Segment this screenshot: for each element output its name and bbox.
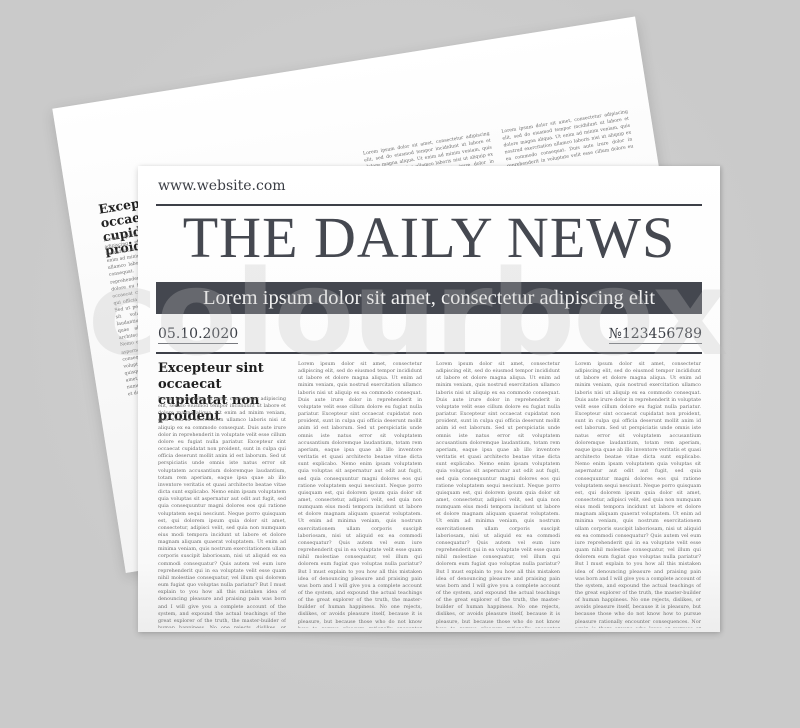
issue-date: 05.10.2020 <box>158 326 238 344</box>
article-column-3: Lorem ipsum dolor sit amet, consectetur … <box>436 361 560 628</box>
banner-tagline: Lorem ipsum dolor sit amet, consectetur … <box>156 282 702 314</box>
masthead-title: THE DAILY NEWS <box>156 208 702 268</box>
website-url: www.website.com <box>158 178 286 194</box>
back-page-column-4: Lorem ipsum dolor sit amet, consectetur … <box>501 109 634 169</box>
section-rule <box>156 352 702 354</box>
article-column-1: Lorem ipsum dolor sit amet, consectetur … <box>158 396 286 628</box>
issue-number: №123456789 <box>609 326 702 344</box>
article-column-2: Lorem ipsum dolor sit amet, consectetur … <box>298 361 422 628</box>
article-column-4: Lorem ipsum dolor sit amet, consectetur … <box>575 361 701 628</box>
front-newspaper-page: www.website.com THE DAILY NEWS Lorem ips… <box>138 166 720 632</box>
